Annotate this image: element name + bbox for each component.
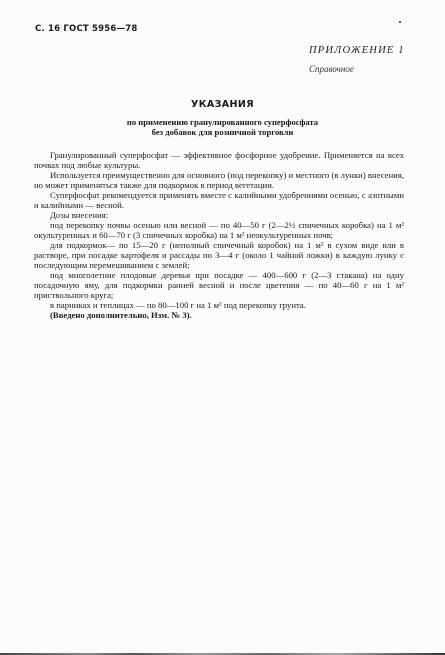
document-subtitle: по применению гранулированного суперфосф… bbox=[0, 117, 445, 137]
page-header: С. 16 ГОСТ 5956—78 bbox=[35, 24, 137, 34]
subtitle-line-1: по применению гранулированного суперфосф… bbox=[0, 117, 445, 127]
paragraph-intro: Гранулированный суперфосфат — эффективно… bbox=[34, 150, 404, 170]
paragraph-dose-feeding: для подкормок— по 15—20 г (неполный спич… bbox=[34, 240, 404, 270]
paragraph-dose-greenhouses: в парниках и теплицах — по 80—100 г на 1… bbox=[34, 300, 404, 310]
paragraph-doses-heading: Дозы внесения: bbox=[34, 210, 404, 220]
subtitle-line-2: без добавок для розничной торговли bbox=[0, 127, 445, 137]
appendix-label: ПРИЛОЖЕНИЕ 1 bbox=[309, 45, 405, 56]
scan-speck bbox=[399, 21, 401, 23]
paragraph-dose-digging: под перекопку почвы осенью или весной — … bbox=[34, 220, 404, 240]
document-title: УКАЗАНИЯ bbox=[0, 99, 445, 110]
paragraph-dose-fruit-trees: под многолетние плодовые деревья при пос… bbox=[34, 270, 404, 300]
amendment-note: (Введено дополнительно, Изм. № 3). bbox=[34, 310, 404, 320]
appendix-type: Справочное bbox=[309, 64, 354, 74]
paragraph-usage: Используется преимущественно для основно… bbox=[34, 170, 404, 190]
document-body: Гранулированный суперфосфат — эффективно… bbox=[34, 150, 404, 320]
paragraph-recommendation: Суперфосфат рекомендуется применять вмес… bbox=[34, 190, 404, 210]
